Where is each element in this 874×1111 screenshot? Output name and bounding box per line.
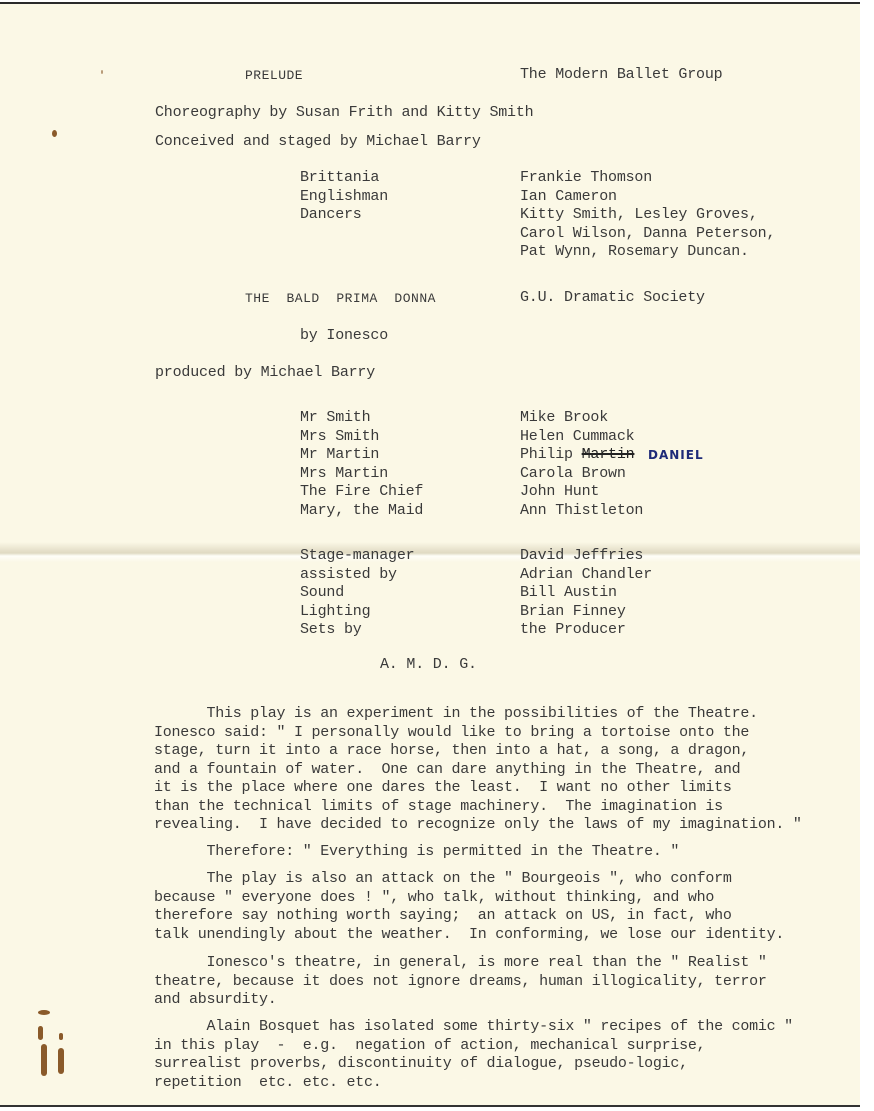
play-producer: produced by Michael Barry <box>155 364 375 383</box>
cast-name: Ian Cameron <box>520 188 775 207</box>
prelude-cast: Frankie Thomson Ian Cameron Kitty Smith,… <box>520 169 775 262</box>
play-company: G.U. Dramatic Society <box>520 289 705 308</box>
crew-role: Sets by <box>300 621 414 640</box>
cast-name: Mike Brook <box>520 409 643 428</box>
paper-fold <box>0 542 860 562</box>
role: Mr Smith <box>300 409 423 428</box>
ink-stain <box>52 130 57 137</box>
struck-surname: Martin <box>582 446 635 463</box>
play-author: by Ionesco <box>300 327 388 346</box>
stain-mark <box>59 1033 63 1040</box>
notes-paragraph-1: This play is an experiment in the possib… <box>154 705 834 835</box>
role: Mary, the Maid <box>300 502 423 521</box>
crew-name: David Jeffries <box>520 547 652 566</box>
crew-role: Stage-manager <box>300 547 414 566</box>
role: Mrs Smith <box>300 428 423 447</box>
crew-names: David Jeffries Adrian Chandler Bill Aust… <box>520 547 652 640</box>
prelude-company: The Modern Ballet Group <box>520 66 722 85</box>
play-cast: Mike Brook Helen Cummack Philip Martin C… <box>520 409 643 520</box>
cast-name: Carol Wilson, Danna Peterson, <box>520 225 775 244</box>
programme-page: PRELUDE The Modern Ballet Group Choreogr… <box>0 2 860 1107</box>
crew-name: Brian Finney <box>520 603 652 622</box>
stain-mark <box>58 1048 64 1074</box>
play-roles: Mr Smith Mrs Smith Mr Martin Mrs Martin … <box>300 409 423 520</box>
cast-name: Frankie Thomson <box>520 169 775 188</box>
notes-paragraph-4: Ionesco's theatre, in general, is more r… <box>154 954 834 1010</box>
motto: A. M. D. G. <box>380 656 477 675</box>
cast-name: Kitty Smith, Lesley Groves, <box>520 206 775 225</box>
role: Mrs Martin <box>300 465 423 484</box>
stain-mark <box>38 1010 50 1015</box>
notes-paragraph-5: Alain Bosquet has isolated some thirty-s… <box>154 1018 834 1092</box>
role: Brittania <box>300 169 388 188</box>
stain-mark <box>38 1026 43 1040</box>
notes-paragraph-3: The play is also an attack on the " Bour… <box>154 870 834 944</box>
cast-name: Pat Wynn, Rosemary Duncan. <box>520 243 775 262</box>
crew-role: Lighting <box>300 603 414 622</box>
conceived-credit: Conceived and staged by Michael Barry <box>155 133 481 152</box>
role: Mr Martin <box>300 446 423 465</box>
choreography-credit: Choreography by Susan Frith and Kitty Sm… <box>155 104 533 123</box>
crew-name: Bill Austin <box>520 584 652 603</box>
stain-mark <box>41 1044 47 1076</box>
role: The Fire Chief <box>300 483 423 502</box>
role: Englishman <box>300 188 388 207</box>
prelude-title: PRELUDE <box>245 67 303 86</box>
crew-role: Sound <box>300 584 414 603</box>
crew-name: the Producer <box>520 621 652 640</box>
prelude-roles: Brittania Englishman Dancers <box>300 169 388 225</box>
play-title: THE BALD PRIMA DONNA <box>245 290 436 309</box>
crew-role: assisted by <box>300 566 414 585</box>
notes-paragraph-2: Therefore: " Everything is permitted in … <box>154 843 834 862</box>
role: Dancers <box>300 206 388 225</box>
crew-roles: Stage-manager assisted by Sound Lighting… <box>300 547 414 640</box>
ink-stain <box>101 70 103 74</box>
cast-name: John Hunt <box>520 483 643 502</box>
cast-name-corrected: Philip Martin <box>520 446 643 465</box>
cast-name: Carola Brown <box>520 465 643 484</box>
crew-name: Adrian Chandler <box>520 566 652 585</box>
cast-name: Ann Thistleton <box>520 502 643 521</box>
cast-name: Helen Cummack <box>520 428 643 447</box>
handwritten-correction: DANIEL <box>648 448 704 462</box>
